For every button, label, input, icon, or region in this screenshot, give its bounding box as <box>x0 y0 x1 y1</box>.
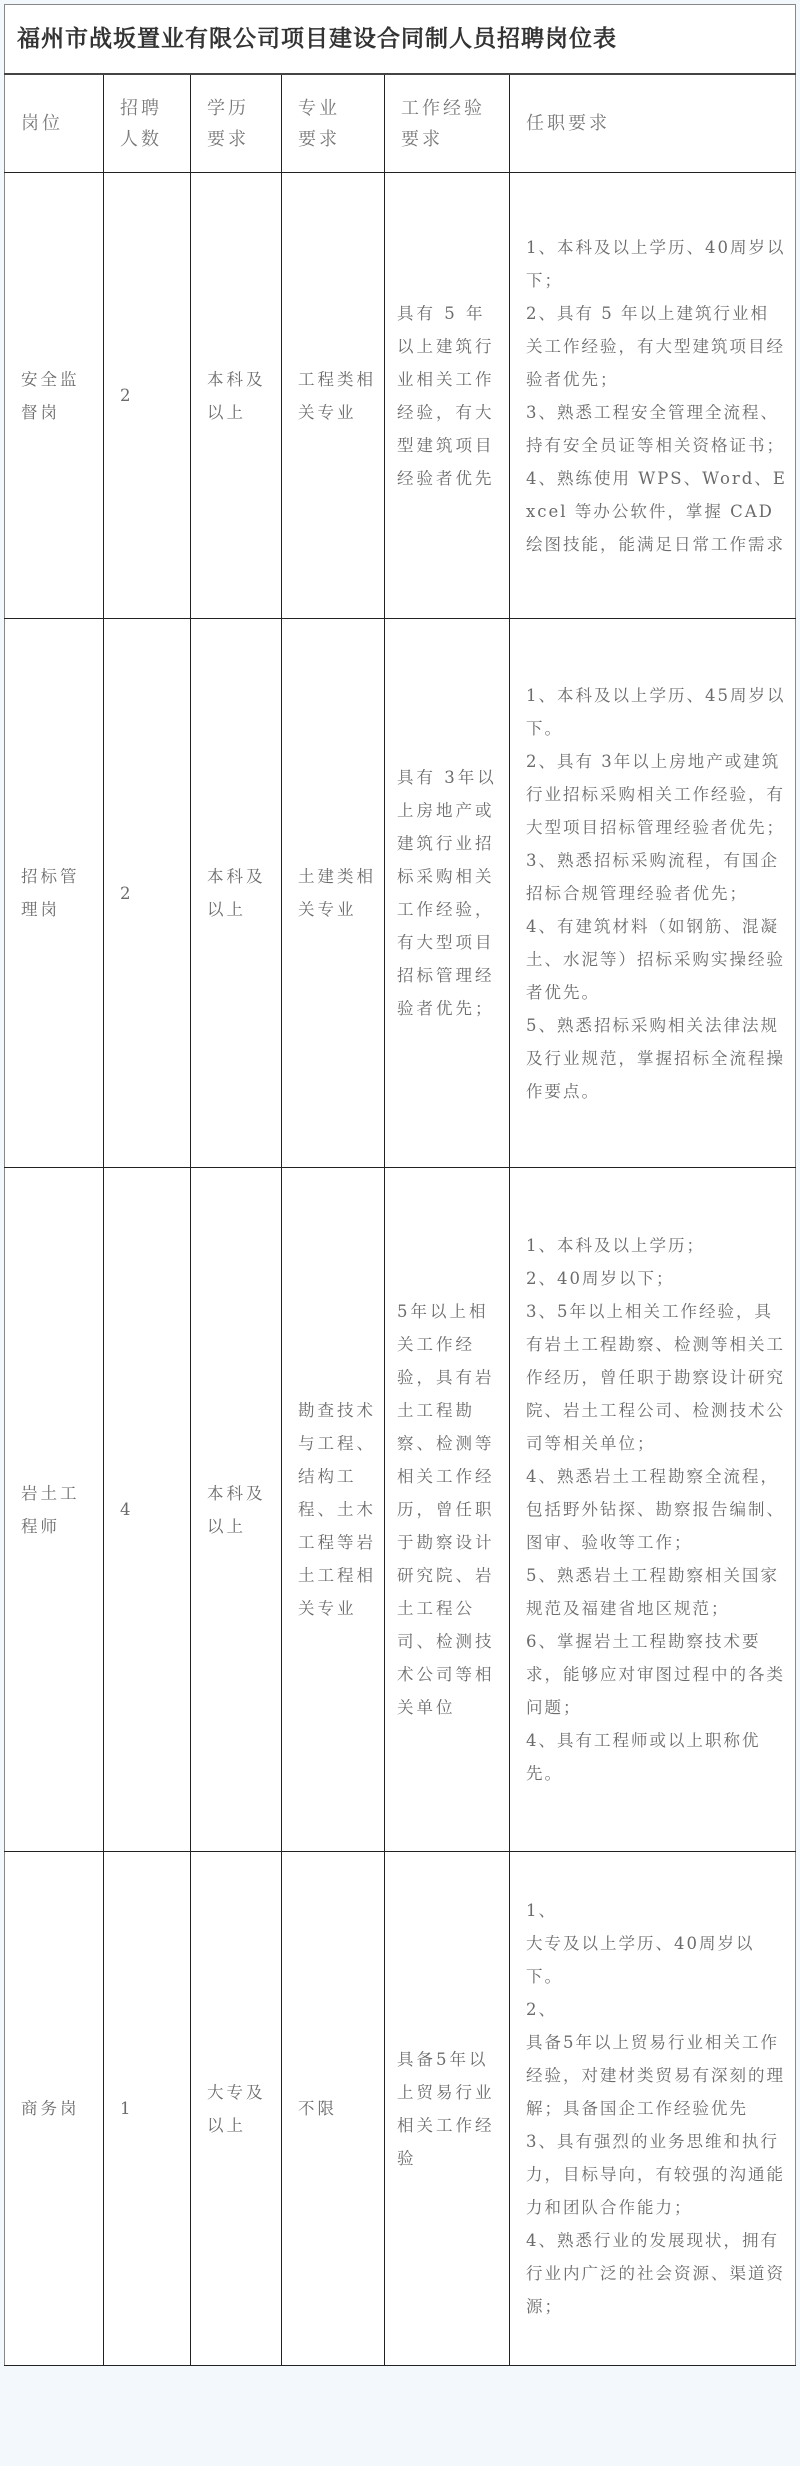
requirement-item: 1、本科及以上学历、45周岁以下。 <box>526 679 787 745</box>
requirement-item: 2、40周岁以下； <box>526 1262 787 1295</box>
requirement-item: 1、本科及以上学历； <box>526 1229 787 1262</box>
cell-education: 大专及以上 <box>191 1852 282 2366</box>
header-count: 招聘人数 <box>104 74 191 173</box>
cell-requirements: 1、本科及以上学历、45周岁以下。 2、具有 3年以上房地产或建筑行业招标采购相… <box>510 619 796 1168</box>
requirement-item: 2、具有 3年以上房地产或建筑行业招标采购相关工作经验，有大型项目招标管理经验者… <box>526 745 787 844</box>
position-text: 安全监督岗 <box>21 363 95 429</box>
cell-position: 安全监督岗 <box>5 173 104 619</box>
cell-experience: 具有 5 年以上建筑行业相关工作经验，有大型建筑项目经验者优先 <box>385 173 510 619</box>
table-row: 安全监督岗 2 本科及以上 工程类相关专业 具有 5 年以上建筑行业相关工作经验… <box>5 173 796 619</box>
header-experience: 工作经验要求 <box>385 74 510 173</box>
requirement-item: 4、熟悉岩土工程勘察全流程，包括野外钻探、勘察报告编制、图审、验收等工作； <box>526 1460 787 1559</box>
experience-text: 具备5年以上贸易行业相关工作经验 <box>397 2043 501 2175</box>
cell-position: 招标管理岗 <box>5 619 104 1168</box>
header-label: 要求 <box>298 124 376 155</box>
table-row: 招标管理岗 2 本科及以上 土建类相关专业 具有 3年以上房地产或建筑行业招标采… <box>5 619 796 1168</box>
requirement-item: 4、有建筑材料（如钢筋、混凝土、水泥等）招标采购实操经验者优先。 <box>526 910 787 1009</box>
cell-education: 本科及以上 <box>191 173 282 619</box>
education-text: 本科及以上 <box>207 363 273 429</box>
count-text: 2 <box>120 884 131 903</box>
requirement-item: 3、5年以上相关工作经验，具有岩土工程勘察、检测等相关工作经历，曾任职于勘察设计… <box>526 1295 787 1460</box>
header-requirements: 任职要求 <box>510 74 796 173</box>
cell-major: 土建类相关专业 <box>282 619 385 1168</box>
requirement-item: 3、具有强烈的业务思维和执行力，目标导向，有较强的沟通能力和团队合作能力； <box>526 2125 787 2224</box>
cell-count: 4 <box>104 1168 191 1852</box>
major-text: 工程类相关专业 <box>298 363 376 429</box>
header-label: 要求 <box>401 124 501 155</box>
cell-requirements: 1、本科及以上学历、40周岁以下； 2、具有 5 年以上建筑行业相关工作经验，有… <box>510 173 796 619</box>
requirement-item: 大专及以上学历、40周岁以下。 <box>526 1927 787 1993</box>
cell-major: 勘查技术与工程、结构工程、土木工程等岩土工程相关专业 <box>282 1168 385 1852</box>
cell-education: 本科及以上 <box>191 1168 282 1852</box>
count-text: 1 <box>120 2099 131 2118</box>
requirement-item: 1、本科及以上学历、40周岁以下； <box>526 231 787 297</box>
title-row: 福州市战坂置业有限公司项目建设合同制人员招聘岗位表 <box>5 5 796 75</box>
requirement-item: 2、具有 5 年以上建筑行业相关工作经验，有大型建筑项目经验者优先； <box>526 297 787 396</box>
recruitment-document: 福州市战坂置业有限公司项目建设合同制人员招聘岗位表 岗位 招聘人数 学历要求 专… <box>4 4 795 2366</box>
requirement-item: 2、 <box>526 1993 787 2026</box>
cell-experience: 5年以上相关工作经验，具有岩土工程勘察、检测等相关工作经历，曾任职于勘察设计研究… <box>385 1168 510 1852</box>
document-title: 福州市战坂置业有限公司项目建设合同制人员招聘岗位表 <box>5 5 796 75</box>
position-text: 商务岗 <box>21 2092 95 2125</box>
requirement-item: 5、熟悉岩土工程勘察相关国家规范及福建省地区规范； <box>526 1559 787 1625</box>
experience-text: 5年以上相关工作经验，具有岩土工程勘察、检测等相关工作经历，曾任职于勘察设计研究… <box>397 1295 501 1724</box>
header-label: 专业 <box>298 93 376 124</box>
education-text: 本科及以上 <box>207 1477 273 1543</box>
cell-experience: 具备5年以上贸易行业相关工作经验 <box>385 1852 510 2366</box>
requirement-item: 3、熟悉招标采购流程，有国企招标合规管理经验者优先； <box>526 844 787 910</box>
requirement-item: 5、熟悉招标采购相关法律法规及行业规范，掌握招标全流程操作要点。 <box>526 1009 787 1108</box>
requirement-item: 3、熟悉工程安全管理全流程、持有安全员证等相关资格证书； <box>526 396 787 462</box>
cell-education: 本科及以上 <box>191 619 282 1168</box>
requirement-item: 具备5年以上贸易行业相关工作经验，对建材类贸易有深刻的理解；具备国企工作经验优先 <box>526 2026 787 2125</box>
cell-position: 商务岗 <box>5 1852 104 2366</box>
major-text: 勘查技术与工程、结构工程、土木工程等岩土工程相关专业 <box>298 1394 376 1625</box>
header-position: 岗位 <box>5 74 104 173</box>
header-label: 要求 <box>207 124 273 155</box>
header-label: 岗位 <box>21 113 63 134</box>
cell-count: 2 <box>104 173 191 619</box>
header-education: 学历要求 <box>191 74 282 173</box>
header-label: 学历 <box>207 93 273 124</box>
education-text: 大专及以上 <box>207 2076 273 2142</box>
header-label: 人数 <box>120 124 182 155</box>
experience-text: 具有 3年以上房地产或建筑行业招标采购相关工作经验，有大型项目招标管理经验者优先… <box>397 761 501 1025</box>
cell-major: 工程类相关专业 <box>282 173 385 619</box>
table-row: 岩土工程师 4 本科及以上 勘查技术与工程、结构工程、土木工程等岩土工程相关专业… <box>5 1168 796 1852</box>
cell-major: 不限 <box>282 1852 385 2366</box>
requirement-item: 4、熟练使用 WPS、Word、Excel 等办公软件，掌握 CAD 绘图技能，… <box>526 462 787 561</box>
experience-text: 具有 5 年以上建筑行业相关工作经验，有大型建筑项目经验者优先 <box>397 297 501 495</box>
cell-count: 1 <box>104 1852 191 2366</box>
position-text: 岩土工程师 <box>21 1477 95 1543</box>
header-row: 岗位 招聘人数 学历要求 专业要求 工作经验要求 任职要求 <box>5 74 796 173</box>
recruitment-table: 福州市战坂置业有限公司项目建设合同制人员招聘岗位表 岗位 招聘人数 学历要求 专… <box>4 4 796 2366</box>
major-text: 土建类相关专业 <box>298 860 376 926</box>
cell-position: 岩土工程师 <box>5 1168 104 1852</box>
header-label: 工作经验 <box>401 93 501 124</box>
requirement-item: 4、具有工程师或以上职称优先。 <box>526 1724 787 1790</box>
cell-requirements: 1、本科及以上学历； 2、40周岁以下； 3、5年以上相关工作经验，具有岩土工程… <box>510 1168 796 1852</box>
major-text: 不限 <box>298 2092 376 2125</box>
count-text: 2 <box>120 386 131 405</box>
requirement-item: 6、掌握岩土工程勘察技术要求，能够应对审图过程中的各类问题； <box>526 1625 787 1724</box>
header-label: 任职要求 <box>526 113 610 134</box>
cell-experience: 具有 3年以上房地产或建筑行业招标采购相关工作经验，有大型项目招标管理经验者优先… <box>385 619 510 1168</box>
cell-count: 2 <box>104 619 191 1168</box>
header-label: 招聘 <box>120 93 182 124</box>
header-major: 专业要求 <box>282 74 385 173</box>
cell-requirements: 1、 大专及以上学历、40周岁以下。 2、 具备5年以上贸易行业相关工作经验，对… <box>510 1852 796 2366</box>
count-text: 4 <box>120 1500 131 1519</box>
table-row: 商务岗 1 大专及以上 不限 具备5年以上贸易行业相关工作经验 1、 大专及以上… <box>5 1852 796 2366</box>
requirement-item: 1、 <box>526 1894 787 1927</box>
requirement-item: 4、熟悉行业的发展现状，拥有行业内广泛的社会资源、渠道资源； <box>526 2224 787 2323</box>
education-text: 本科及以上 <box>207 860 273 926</box>
position-text: 招标管理岗 <box>21 860 95 926</box>
